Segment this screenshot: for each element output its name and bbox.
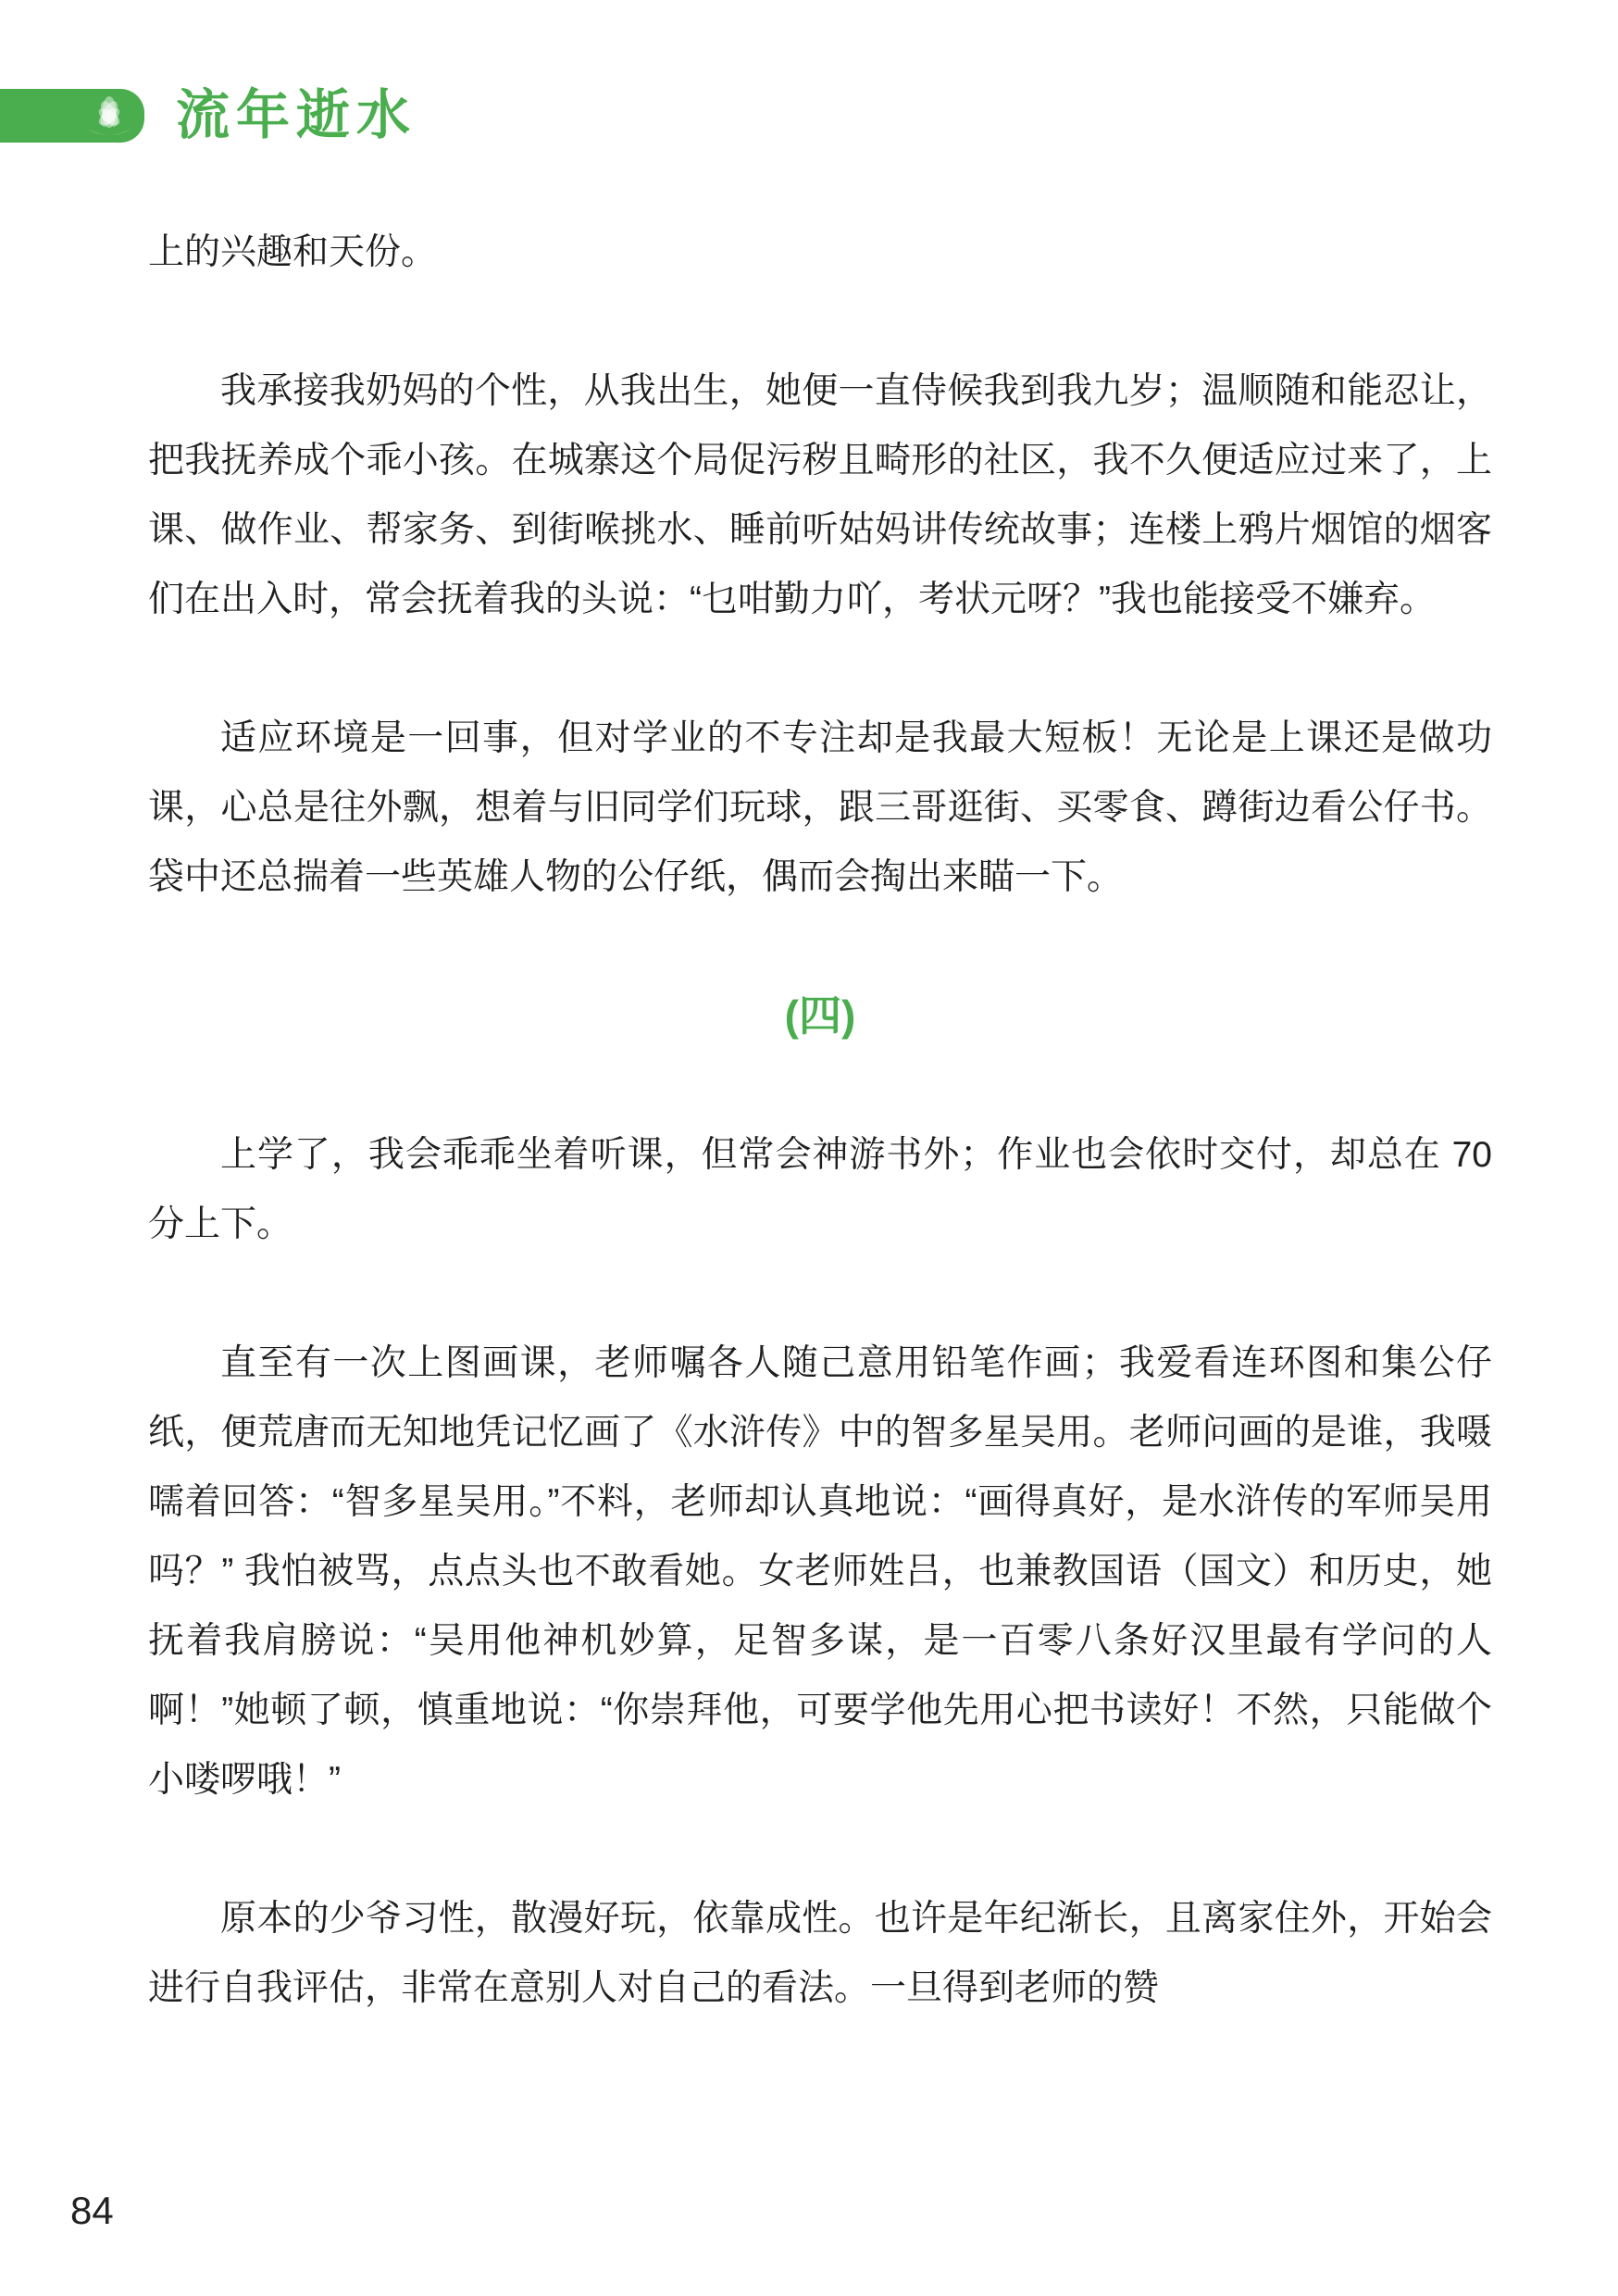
paragraph: 原本的少爷习性，散漫好玩，依靠成性。也许是年纪渐长，且离家住外，开始会进行自我评… (148, 1884, 1492, 2023)
book-title: 流年逝水 (176, 83, 417, 148)
paragraph: 适应环境是一回事，但对学业的不专注却是我最大短板！无论是上课还是做功课，心总是往… (148, 704, 1492, 912)
section-heading: (四) (148, 981, 1492, 1051)
paragraph: 上的兴趣和天份。 (148, 218, 1492, 287)
paragraph: 直至有一次上图画课，老师嘱各人随己意用铅笔作画；我爱看连环图和集公仔纸，便荒唐而… (148, 1329, 1492, 1815)
page-body: 上的兴趣和天份。 我承接我奶妈的个性，从我出生，她便一直侍候我到我九岁；温顺随和… (148, 218, 1492, 2092)
paragraph: 上学了，我会乖乖坐着听课，但常会神游书外；作业也会依时交付，却总在 70 分上下… (148, 1120, 1492, 1259)
page-number: 84 (70, 2189, 114, 2233)
paragraph: 我承接我奶妈的个性，从我出生，她便一直侍候我到我九岁；温顺随和能忍让，把我抚养成… (148, 356, 1492, 634)
lotus-icon (79, 92, 140, 140)
header-green-tab (0, 89, 144, 143)
